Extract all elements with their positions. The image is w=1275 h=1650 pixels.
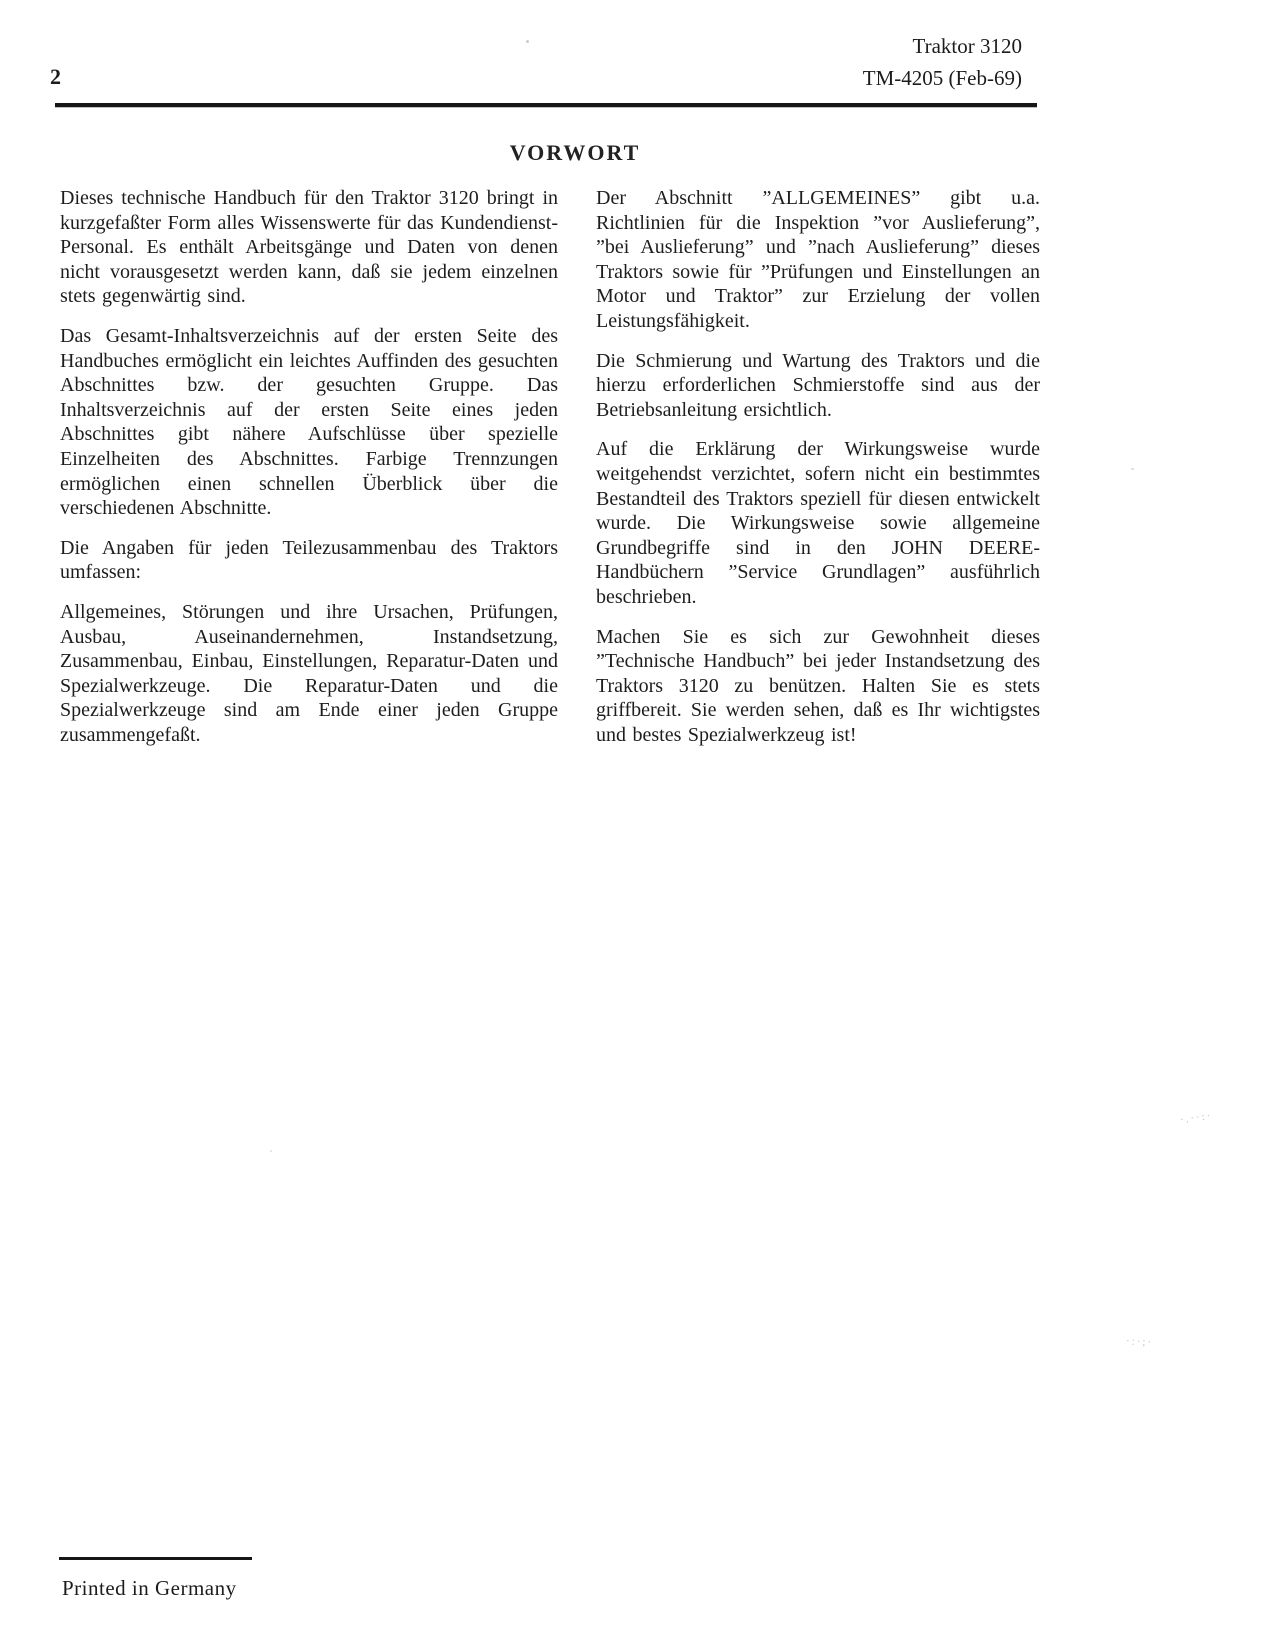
scan-smudge: ·.··:· — [1179, 1110, 1213, 1126]
header-rule — [55, 103, 1037, 107]
manual-page: 2 Traktor 3120 TM-4205 (Feb-69) VORWORT … — [0, 0, 1275, 1650]
paragraph-operation-explanation: Auf die Erklärung der Wirkungsweise wurd… — [596, 437, 1040, 609]
scan-speck — [1131, 468, 1134, 470]
page-header: Traktor 3120 TM-4205 (Feb-69) — [863, 30, 1022, 94]
paragraph-allgemeines-section: Der Abschnitt ”ALLGEMEINES” gibt u.a. Ri… — [596, 186, 1040, 334]
scan-smudge: ·:·;· — [1126, 1335, 1154, 1348]
paragraph-intro: Dieses technische Handbuch für den Trakt… — [60, 186, 558, 309]
paragraph-lubrication: Die Schmierung und Wartung des Traktors … — [596, 349, 1040, 423]
scan-speck — [270, 1150, 272, 1152]
scan-speck — [526, 40, 529, 43]
paragraph-habit-advice: Machen Sie es sich zur Gewohnheit dieses… — [596, 625, 1040, 748]
page-number: 2 — [50, 64, 62, 90]
paragraph-assembly-list: Allgemeines, Störungen und ihre Ursachen… — [60, 600, 558, 748]
left-column: Dieses technische Handbuch für den Trakt… — [60, 186, 558, 762]
page-title: VORWORT — [80, 140, 1070, 166]
right-column: Der Abschnitt ”ALLGEMEINES” gibt u.a. Ri… — [596, 186, 1040, 762]
footer-rule — [59, 1557, 252, 1560]
paragraph-assembly-lead-in: Die Angaben für jeden Teilezusammenbau d… — [60, 536, 558, 585]
doc-title: Traktor 3120 — [863, 30, 1022, 62]
paragraph-contents-overview: Das Gesamt-Inhaltsverzeichnis auf der er… — [60, 324, 558, 521]
printed-in-germany-note: Printed in Germany — [62, 1576, 237, 1601]
doc-code: TM-4205 (Feb-69) — [863, 62, 1022, 94]
